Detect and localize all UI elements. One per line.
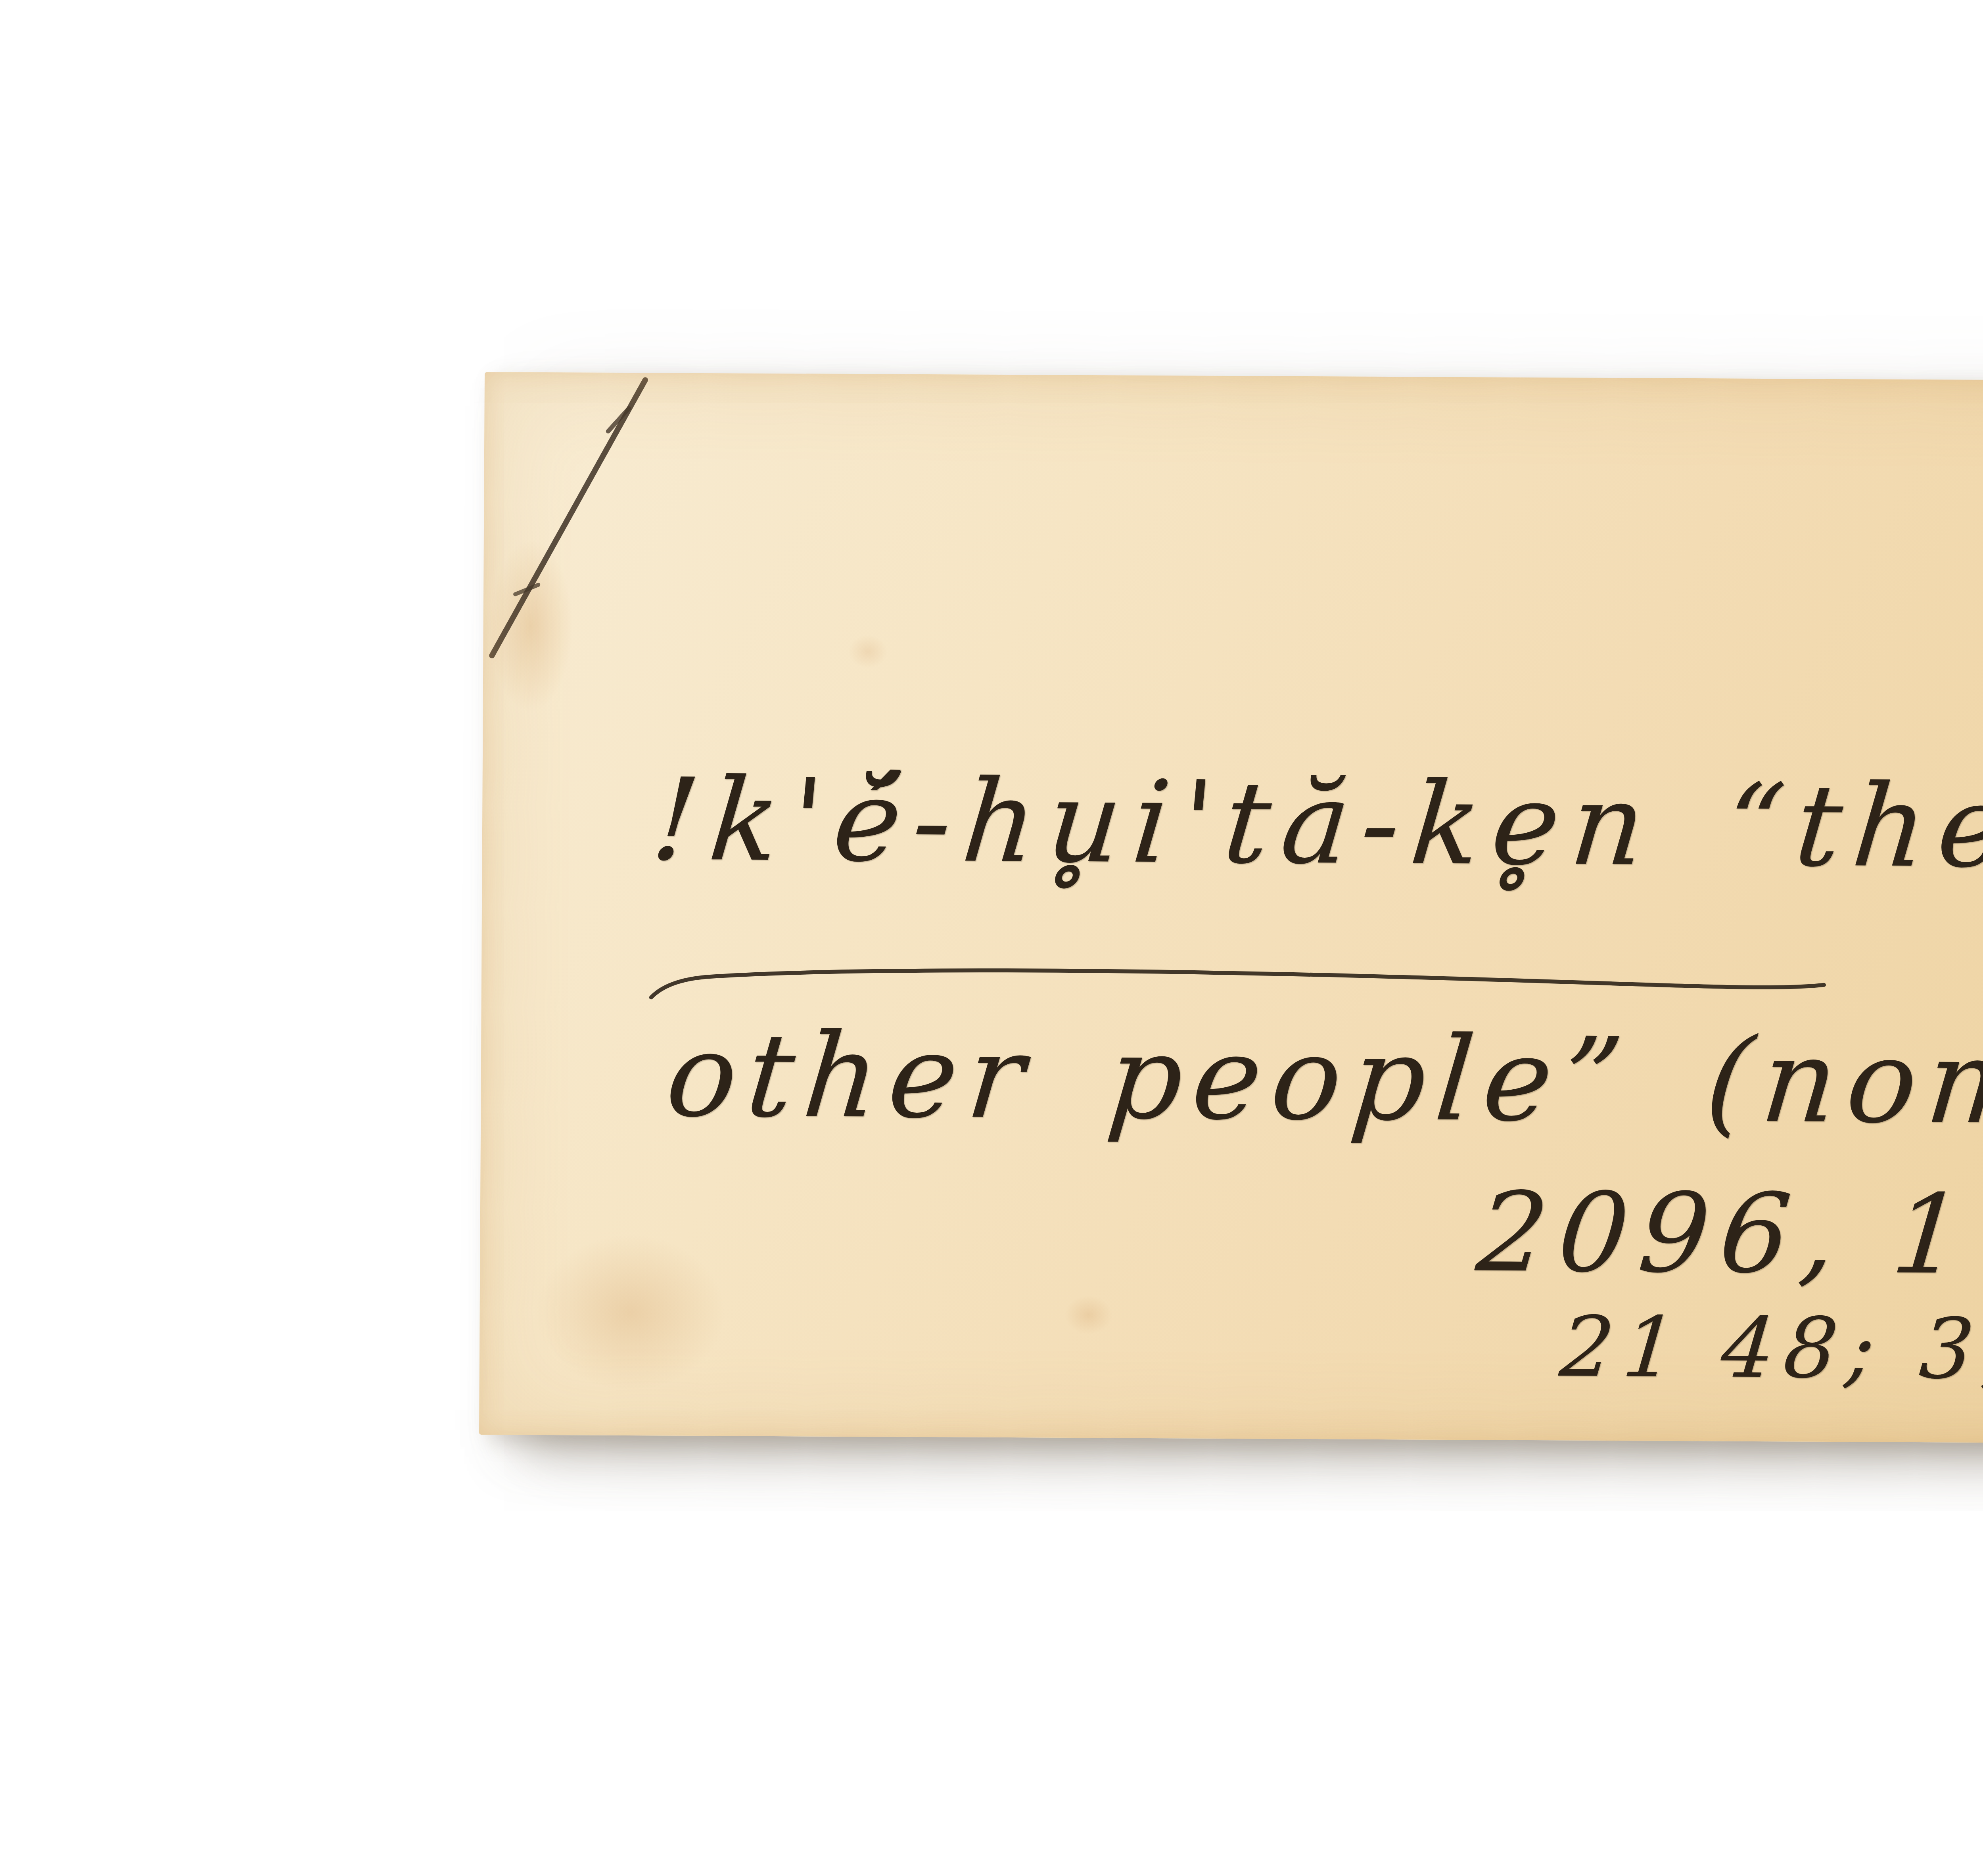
photo-background: !k'ĕ́-hu̥i'tă-ke̥n “the other people” (n… bbox=[0, 0, 1983, 1876]
stain bbox=[1055, 1287, 1122, 1343]
stain bbox=[1946, 439, 1983, 782]
index-card: !k'ĕ́-hu̥i'tă-ke̥n “the other people” (n… bbox=[479, 372, 1983, 1444]
phonetic-underline-icon bbox=[651, 969, 1824, 1004]
reference-numbers-line1: 2096, 17; bbox=[1473, 1178, 1983, 1291]
stain bbox=[840, 628, 896, 676]
reference-numbers-line2: 21 48; 3, 214. bbox=[1551, 1305, 1983, 1448]
gloss-text: other people” (nom.) bbox=[662, 1018, 1983, 1141]
reference-prefix: 21 48; 3, bbox=[1556, 1298, 1983, 1398]
stain bbox=[471, 503, 591, 749]
stray-ink-branch-icon bbox=[515, 585, 538, 594]
stray-ink-branch-icon bbox=[608, 408, 629, 431]
phonetic-term: !k'ĕ́-hu̥i'tă-ke̥n “the bbox=[648, 763, 1983, 884]
stain bbox=[495, 1201, 766, 1424]
stray-ink-stroke-icon bbox=[492, 379, 645, 656]
